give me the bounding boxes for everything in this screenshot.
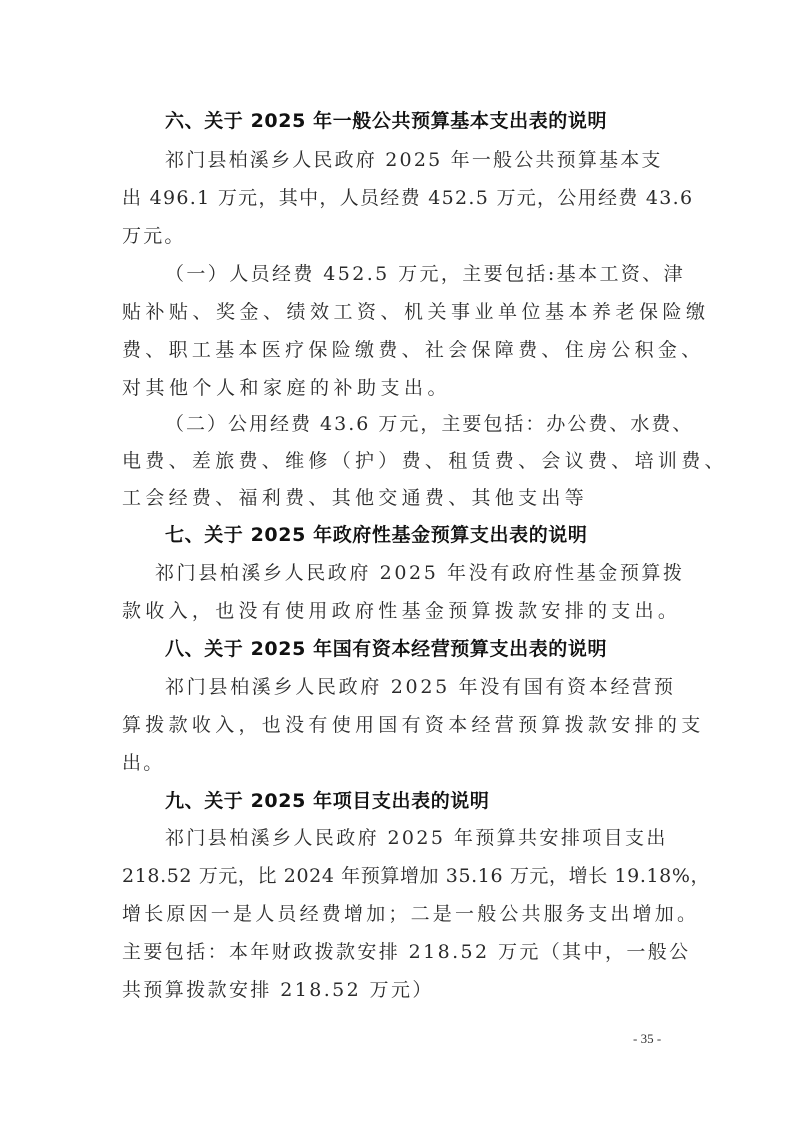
paragraph-line: 费、职工基本医疗保险缴费、社会保障费、住房公积金、 — [122, 338, 705, 362]
paragraph-line: 万元。 — [122, 224, 186, 248]
paragraph-line: 工会经费、福利费、其他交通费、其他支出等 — [122, 486, 588, 510]
paragraph-line: 对其他个人和家庭的补助支出。 — [122, 376, 451, 400]
paragraph-line: （二）公用经费 43.6 万元，主要包括：办公费、水费、 — [165, 412, 693, 436]
paragraph-line: 主要包括：本年财政拨款安排 218.52 万元（其中，一般公 — [122, 940, 691, 964]
paragraph-line: 出 496.1 万元，其中，人员经费 452.5 万元，公用经费 43.6 — [122, 186, 693, 210]
paragraph-line: 出。 — [122, 751, 164, 775]
paragraph-line: 电费、差旅费、维修（护）费、租赁费、会议费、培训费、 — [122, 449, 728, 473]
section-heading-6: 六、关于 2025 年一般公共预算基本支出表的说明 — [165, 109, 607, 133]
paragraph-line: 贴补贴、奖金、绩效工资、机关事业单位基本养老保险缴 — [122, 300, 710, 324]
section-heading-8: 八、关于 2025 年国有资本经营预算支出表的说明 — [165, 637, 607, 661]
paragraph-line: 款收入，也没有使用政府性基金预算拨款安排的支出。 — [122, 599, 681, 623]
paragraph-line: 共预算拨款安排 218.52 万元） — [122, 978, 434, 1002]
paragraph-line: 祁门县柏溪乡人民政府 2025 年预算共安排项目支出 — [165, 826, 668, 850]
paragraph-line: 祁门县柏溪乡人民政府 2025 年没有政府性基金预算拨 — [155, 561, 685, 585]
paragraph-line: 218.52 万元，比 2024 年预算增加 35.16 万元，增长 19.18… — [122, 864, 710, 888]
paragraph-line: （一）人员经费 452.5 万元，主要包括:基本工资、津 — [165, 262, 685, 286]
paragraph-line: 算拨款收入，也没有使用国有资本经营预算拨款安排的支 — [122, 713, 705, 737]
document-page: 六、关于 2025 年一般公共预算基本支出表的说明 祁门县柏溪乡人民政府 202… — [0, 0, 793, 1122]
paragraph-line: 祁门县柏溪乡人民政府 2025 年没有国有资本经营预 — [165, 675, 676, 699]
section-heading-9: 九、关于 2025 年项目支出表的说明 — [165, 789, 490, 813]
paragraph-line: 增长原因一是人员经费增加；二是一般公共服务支出增加。 — [122, 902, 699, 926]
page-number: - 35 - — [633, 1031, 661, 1047]
paragraph-line: 祁门县柏溪乡人民政府 2025 年一般公共预算基本支 — [165, 148, 663, 172]
section-heading-7: 七、关于 2025 年政府性基金预算支出表的说明 — [165, 523, 588, 547]
